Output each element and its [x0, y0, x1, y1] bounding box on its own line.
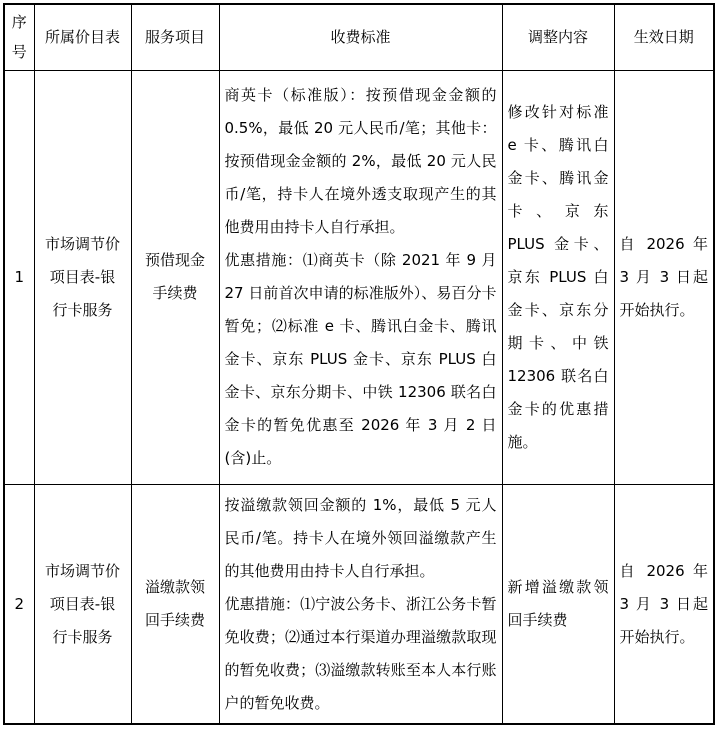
- cell-adjustment-content: 修改针对标准 e 卡、腾讯白金卡、腾讯金卡、京东 PLUS 金卡、京东 PLUS…: [502, 70, 614, 485]
- fee-discount-text: 优惠措施：⑴宁波公务卡、浙江公务卡暂免收费；⑵通过本行渠道办理溢缴款取现的暂免收…: [225, 588, 497, 720]
- cell-effective-date: 自 2026 年 3 月 3 日起开始执行。: [614, 70, 714, 485]
- header-service-item: 服务项目: [131, 4, 219, 70]
- header-fee-standard: 收费标准: [219, 4, 502, 70]
- fee-standard-text: 商英卡（标准版）：按预借现金金额的 0.5%，最低 20 元人民币/笔；其他卡：…: [225, 79, 497, 244]
- cell-service-item: 预借现金 手续费: [131, 70, 219, 485]
- fee-standard-text: 按溢缴款领回金额的 1%，最低 5 元人民币/笔。持卡人在境外领回溢缴款产生的其…: [225, 489, 497, 588]
- table-header-row: 序号 所属价目表 服务项目 收费标准 调整内容 生效日期: [4, 4, 714, 70]
- fee-discount-text: 优惠措施：⑴商英卡（除 2021 年 9 月 27 日前首次申请的标准版外）、易…: [225, 244, 497, 475]
- table-row: 1 市场调节价 项目表-银 行卡服务 预借现金 手续费 商英卡（标准版）：按预借…: [4, 70, 714, 485]
- header-serial-number: 序号: [4, 4, 34, 70]
- cell-effective-date: 自 2026 年 3 月 3 日起开始执行。: [614, 485, 714, 724]
- cell-price-list: 市场调节价 项目表-银 行卡服务: [34, 70, 131, 485]
- cell-service-item: 溢缴款领 回手续费: [131, 485, 219, 724]
- cell-fee-standard: 商英卡（标准版）：按预借现金金额的 0.5%，最低 20 元人民币/笔；其他卡：…: [219, 70, 502, 485]
- header-price-list: 所属价目表: [34, 4, 131, 70]
- fee-adjustment-document: 序号 所属价目表 服务项目 收费标准 调整内容 生效日期 1 市场调节价 项目表…: [0, 0, 715, 729]
- cell-fee-standard: 按溢缴款领回金额的 1%，最低 5 元人民币/笔。持卡人在境外领回溢缴款产生的其…: [219, 485, 502, 724]
- header-adjustment-content: 调整内容: [502, 4, 614, 70]
- header-effective-date: 生效日期: [614, 4, 714, 70]
- fee-adjustment-table: 序号 所属价目表 服务项目 收费标准 调整内容 生效日期 1 市场调节价 项目表…: [3, 3, 715, 725]
- cell-adjustment-content: 新增溢缴款领回手续费: [502, 485, 614, 724]
- cell-serial-number: 2: [4, 485, 34, 724]
- table-row: 2 市场调节价 项目表-银 行卡服务 溢缴款领 回手续费 按溢缴款领回金额的 1…: [4, 485, 714, 724]
- cell-price-list: 市场调节价 项目表-银 行卡服务: [34, 485, 131, 724]
- cell-serial-number: 1: [4, 70, 34, 485]
